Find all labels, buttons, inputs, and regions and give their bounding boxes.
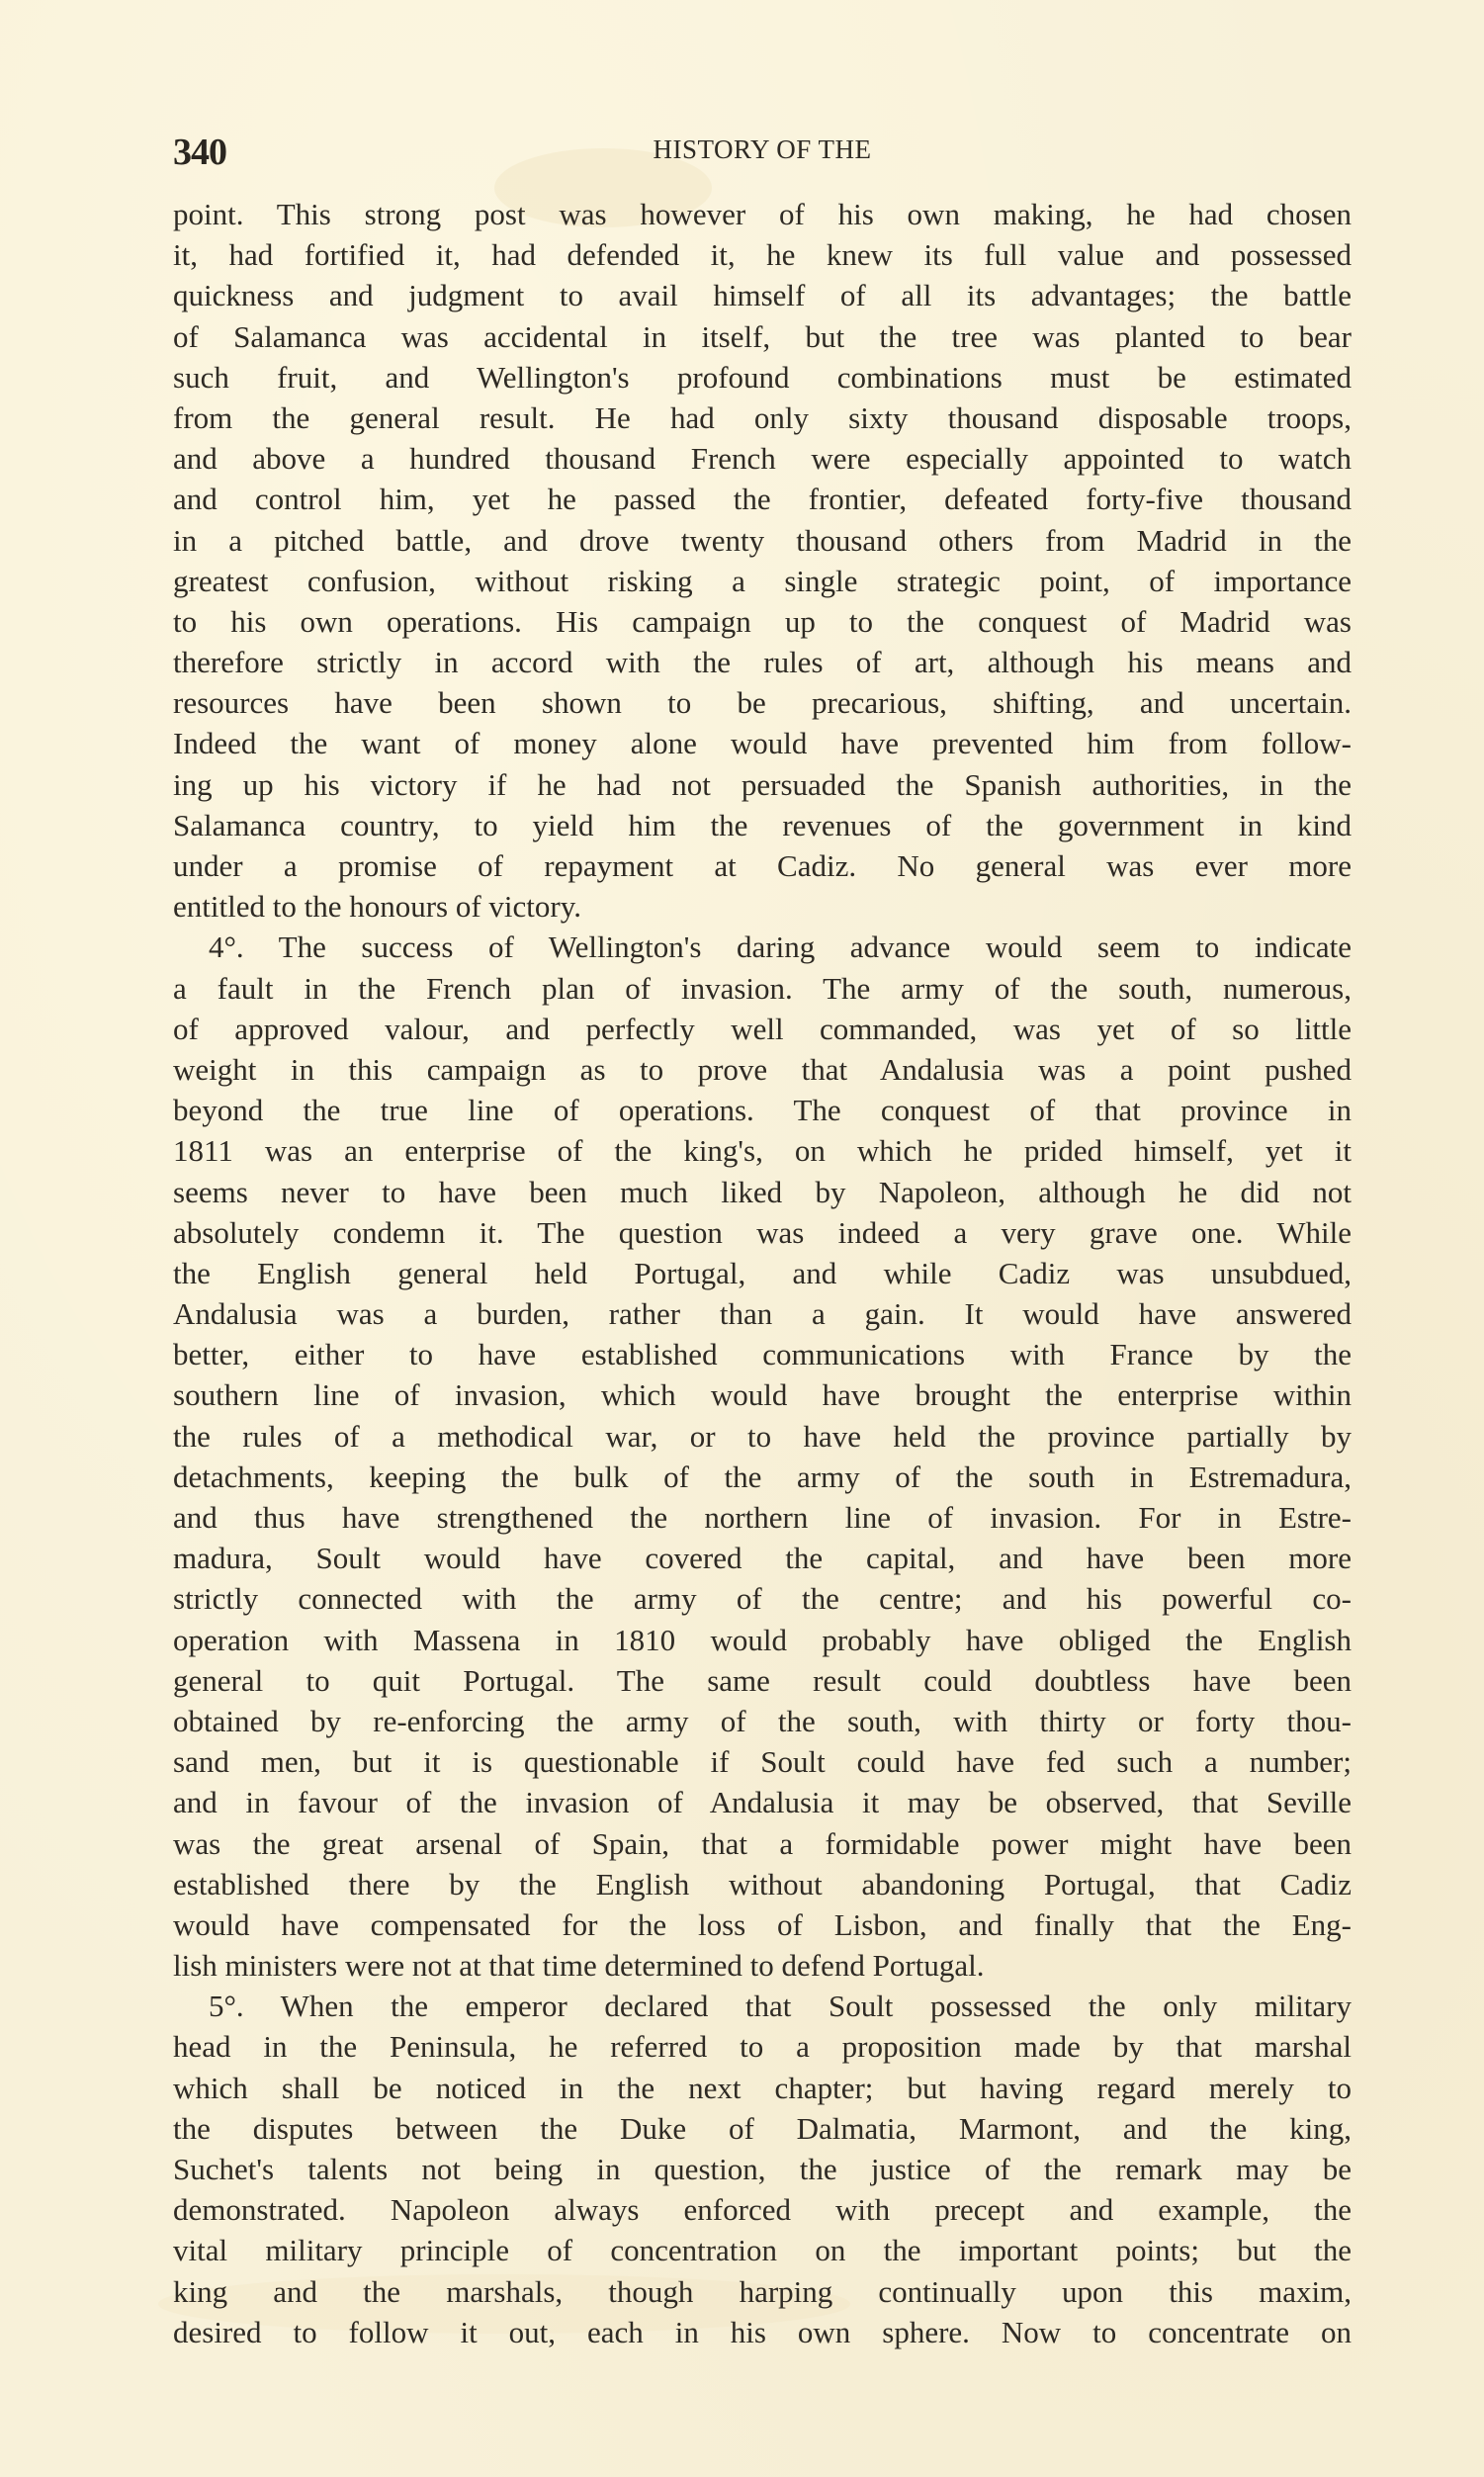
text-line: was the great arsenal of Spain, that a f… — [173, 1823, 1352, 1864]
text-line: the English general held Portugal, and w… — [173, 1253, 1352, 1293]
text-line: better, either to have established commu… — [173, 1334, 1352, 1374]
text-line: such fruit, and Wellington's profound co… — [173, 357, 1352, 398]
text-line: and control him, yet he passed the front… — [173, 479, 1352, 519]
text-line: madura, Soult would have covered the cap… — [173, 1538, 1352, 1578]
text-line: in a pitched battle, and drove twenty th… — [173, 520, 1352, 561]
text-line: the disputes between the Duke of Dalmati… — [173, 2108, 1352, 2149]
text-line: established there by the English without… — [173, 1864, 1352, 1904]
text-line: would have compensated for the loss of L… — [173, 1904, 1352, 1945]
text-line: of approved valour, and perfectly well c… — [173, 1009, 1352, 1049]
text-line: to his own operations. His campaign up t… — [173, 601, 1352, 642]
text-line: entitled to the honours of victory. — [173, 886, 1352, 927]
text-line: demonstrated. Napoleon always enforced w… — [173, 2189, 1352, 2230]
text-line: sand men, but it is questionable if Soul… — [173, 1741, 1352, 1782]
text-line: the rules of a methodical war, or to hav… — [173, 1416, 1352, 1457]
text-line: from the general result. He had only six… — [173, 398, 1352, 438]
text-line: Salamanca country, to yield him the reve… — [173, 805, 1352, 845]
text-line: of Salamanca was accidental in itself, b… — [173, 316, 1352, 357]
text-line: a fault in the French plan of invasion. … — [173, 968, 1352, 1009]
text-line: beyond the true line of operations. The … — [173, 1090, 1352, 1130]
body-text: point. This strong post was however of h… — [173, 194, 1352, 2352]
text-line: obtained by re-enforcing the army of the… — [173, 1701, 1352, 1741]
text-line: point. This strong post was however of h… — [173, 194, 1352, 234]
text-line: and in favour of the invasion of Andalus… — [173, 1782, 1352, 1822]
text-line: operation with Massena in 1810 would pro… — [173, 1620, 1352, 1660]
text-line: under a promise of repayment at Cadiz. N… — [173, 845, 1352, 886]
text-line: weight in this campaign as to prove that… — [173, 1049, 1352, 1090]
paragraph-1: point. This strong post was however of h… — [173, 194, 1352, 927]
text-line: 5°. When the emperor declared that Soult… — [173, 1986, 1352, 2026]
text-line: Andalusia was a burden, rather than a ga… — [173, 1293, 1352, 1334]
text-line: vital military principle of concentratio… — [173, 2230, 1352, 2270]
running-head: 340 HISTORY OF THE — [173, 129, 1352, 178]
text-line: detachments, keeping the bulk of the arm… — [173, 1457, 1352, 1497]
running-title: HISTORY OF THE — [173, 134, 1352, 165]
text-line: which shall be noticed in the next chapt… — [173, 2068, 1352, 2108]
paragraph-3: 5°. When the emperor declared that Soult… — [173, 1986, 1352, 2352]
text-line: southern line of invasion, which would h… — [173, 1374, 1352, 1415]
book-page: 340 HISTORY OF THE point. This strong po… — [0, 0, 1484, 2477]
text-line: Indeed the want of money alone would hav… — [173, 723, 1352, 763]
text-line: ing up his victory if he had not persuad… — [173, 764, 1352, 805]
text-line: quickness and judgment to avail himself … — [173, 275, 1352, 315]
text-line: seems never to have been much liked by N… — [173, 1172, 1352, 1212]
text-line: general to quit Portugal. The same resul… — [173, 1660, 1352, 1701]
text-line: greatest confusion, without risking a si… — [173, 561, 1352, 601]
text-line: and thus have strengthened the northern … — [173, 1497, 1352, 1538]
text-line: strictly connected with the army of the … — [173, 1578, 1352, 1619]
text-line: Suchet's talents not being in question, … — [173, 2149, 1352, 2189]
text-line: therefore strictly in accord with the ru… — [173, 642, 1352, 682]
text-line: head in the Peninsula, he referred to a … — [173, 2026, 1352, 2067]
text-line: absolutely condemn it. The question was … — [173, 1212, 1352, 1253]
text-line: it, had fortified it, had defended it, h… — [173, 234, 1352, 275]
paragraph-2: 4°. The success of Wellington's daring a… — [173, 927, 1352, 1986]
text-line: lish ministers were not at that time det… — [173, 1945, 1352, 1986]
text-line: desired to follow it out, each in his ow… — [173, 2312, 1352, 2352]
text-line: 4°. The success of Wellington's daring a… — [173, 927, 1352, 967]
text-line: resources have been shown to be precario… — [173, 682, 1352, 723]
text-line: king and the marshals, though harping co… — [173, 2271, 1352, 2312]
text-line: 1811 was an enterprise of the king's, on… — [173, 1130, 1352, 1171]
text-line: and above a hundred thousand French were… — [173, 438, 1352, 479]
